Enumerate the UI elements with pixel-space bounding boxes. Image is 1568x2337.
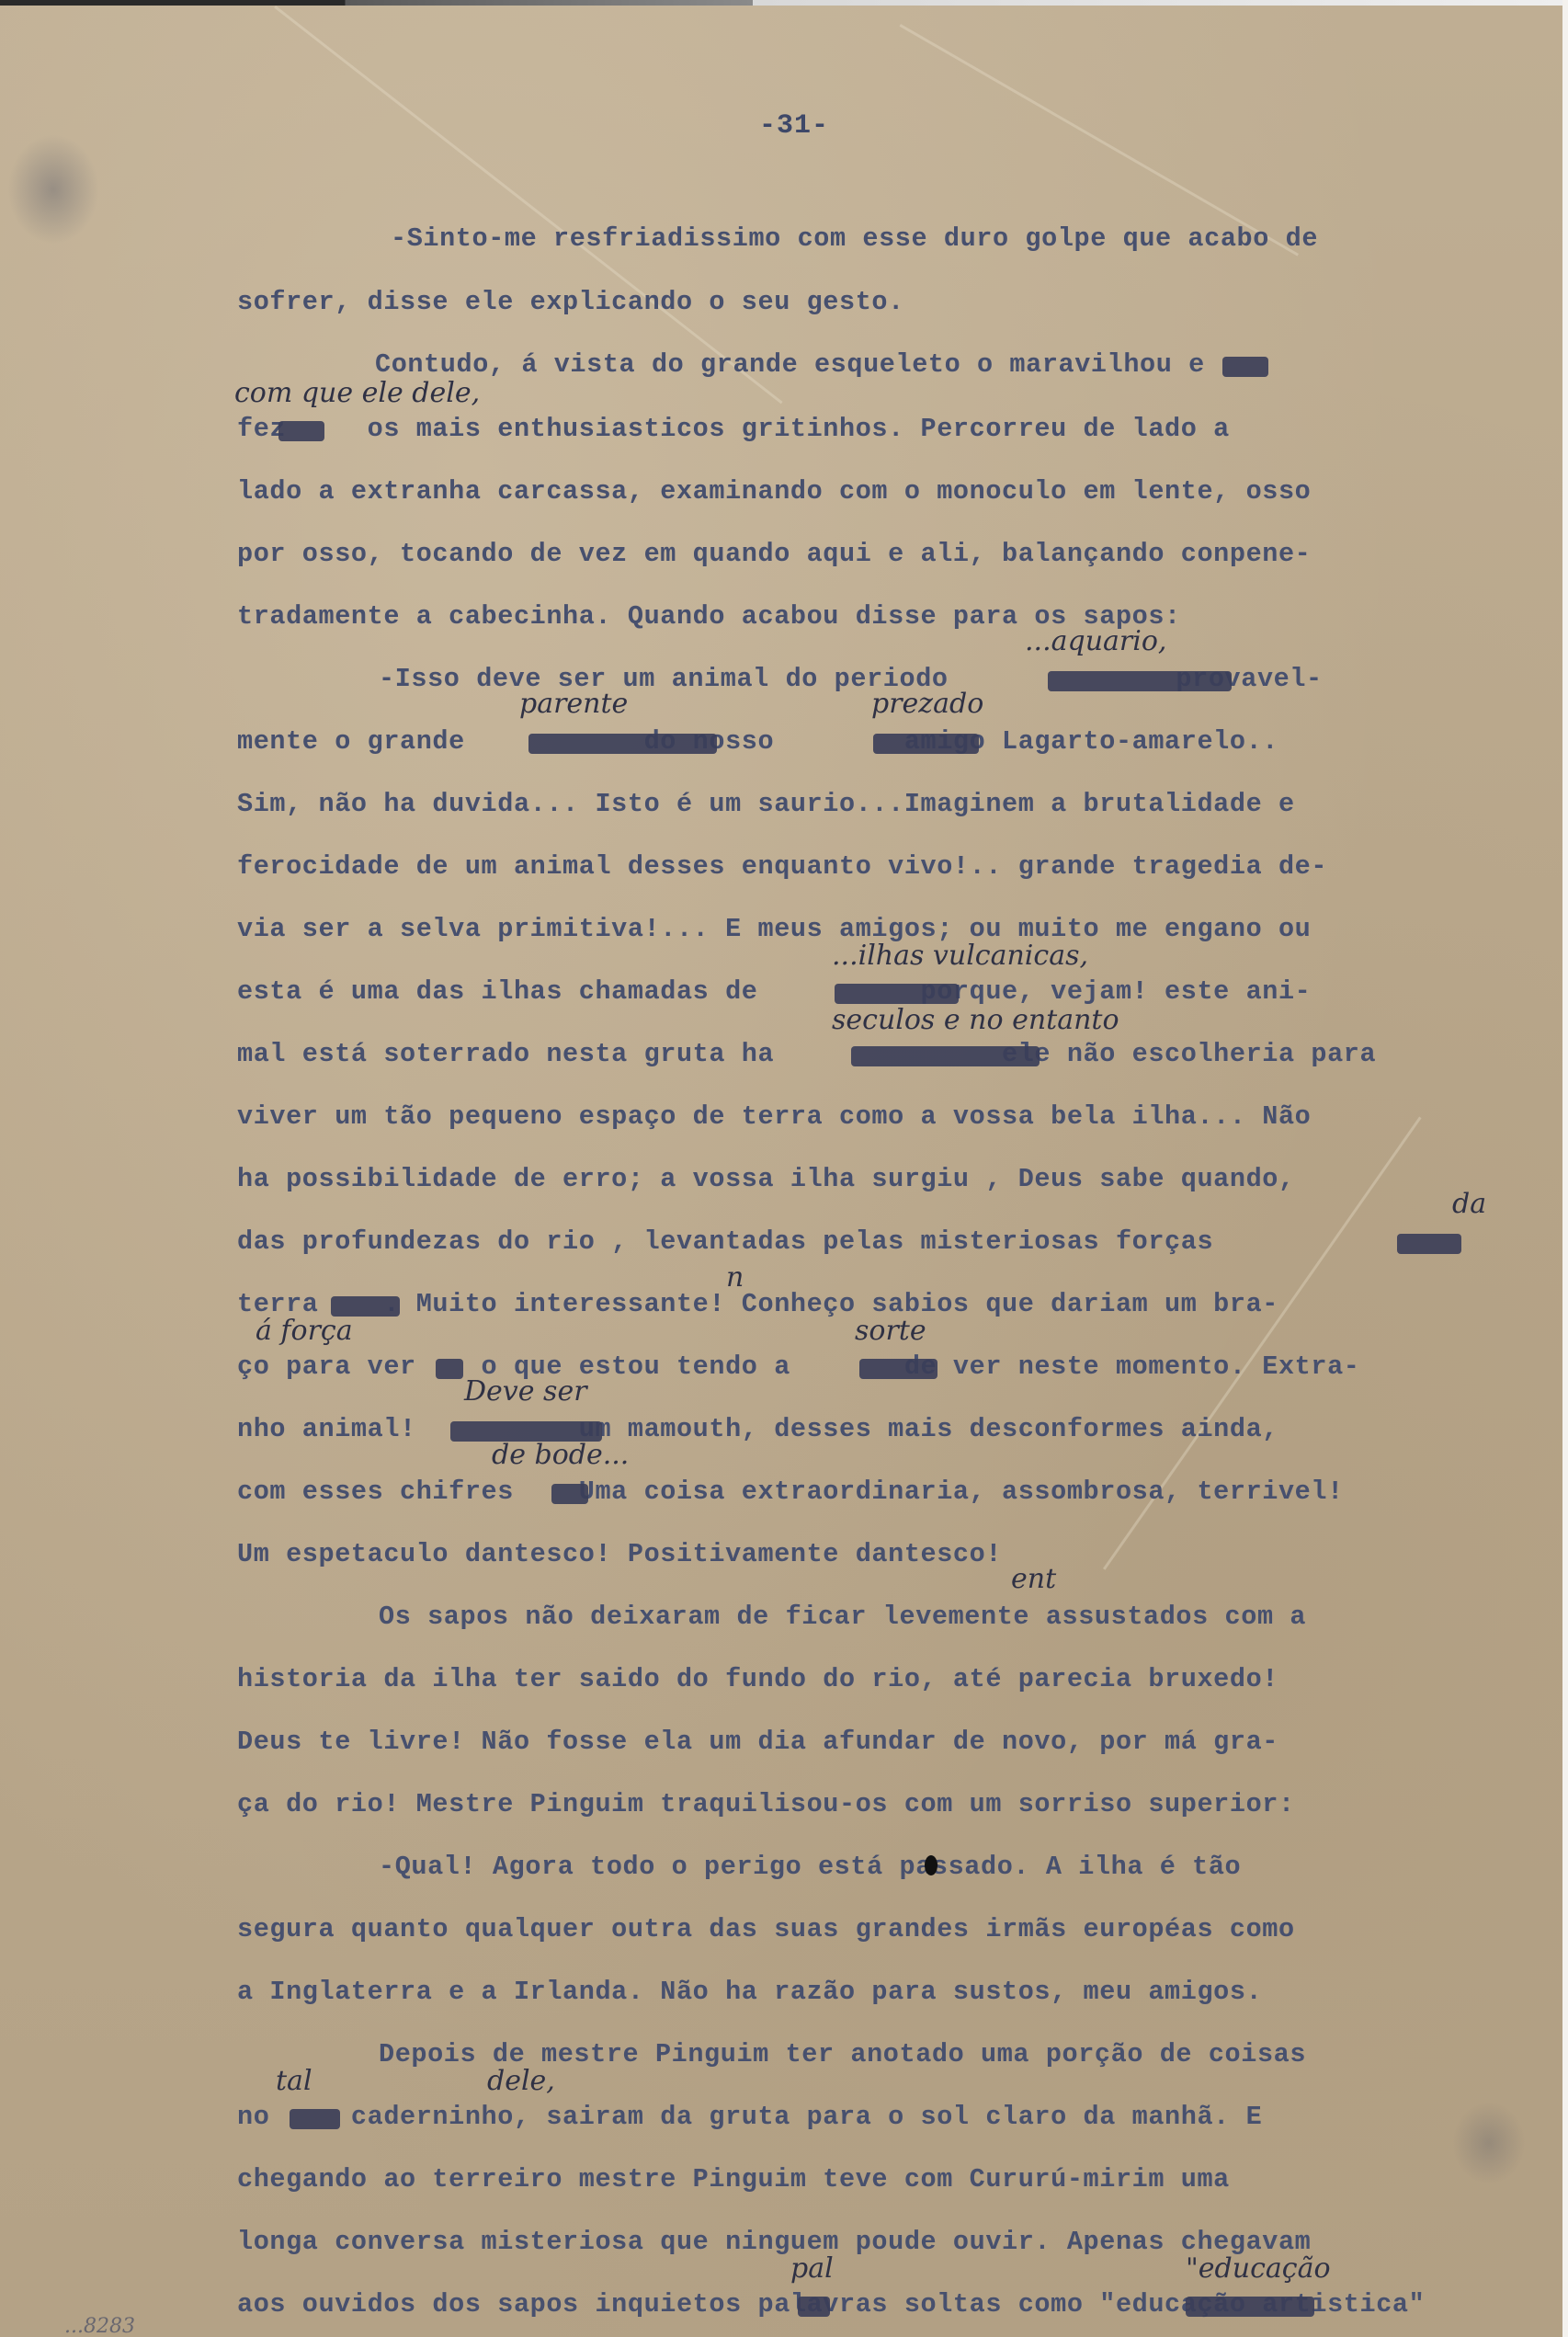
handwritten-correction: "educação [1186, 2252, 1331, 2285]
typed-line: mente o grande do nosso amigo Lagarto-am… [237, 726, 1278, 757]
handwritten-correction: ent [1011, 1563, 1056, 1595]
typed-line: fez os mais enthusiasticos gritinhos. Pe… [237, 414, 1230, 444]
paper-crease [900, 24, 1300, 256]
typed-line: no caderninho, sairam da gruta para o so… [237, 2102, 1262, 2132]
typed-line: Um espetaculo dantesco! Positivamente da… [237, 1539, 1002, 1569]
strikeout-mark [1186, 2297, 1314, 2317]
typed-line: sofrer, disse ele explicando o seu gesto… [237, 287, 904, 317]
typed-line: -Qual! Agora todo o perigo está passado.… [379, 1852, 1241, 1882]
typed-line: Contudo, á vista do grande esqueleto o m… [375, 349, 1205, 380]
handwritten-correction: da [1452, 1188, 1486, 1220]
handwritten-correction: ...aquario, [1025, 625, 1166, 657]
handwritten-correction: prezado [871, 688, 983, 720]
handwritten-correction: dele, [487, 2065, 555, 2097]
strikeout-mark [851, 1046, 1040, 1066]
handwritten-correction: á força [256, 1315, 353, 1347]
strikeout-mark [1397, 1234, 1461, 1254]
typed-line: -Sinto-me resfriadissimo com esse duro g… [391, 223, 1318, 254]
handwritten-correction: sorte [855, 1315, 926, 1347]
strikeout-mark [290, 2109, 340, 2129]
strikeout-mark [436, 1359, 463, 1379]
strikeout-mark [1222, 357, 1268, 377]
typed-line: Sim, não ha duvida... Isto é um saurio..… [237, 789, 1295, 819]
strikeout-mark [835, 984, 959, 1004]
handwritten-correction: parente [519, 688, 628, 720]
handwritten-correction: seculos e no entanto [832, 1004, 1119, 1036]
ink-smudge [1452, 2102, 1526, 2184]
typed-line: esta é uma das ilhas chamadas de porque,… [237, 976, 1311, 1007]
typed-line: ça do rio! Mestre Pinguim traquilisou-os… [237, 1789, 1295, 1819]
typed-line: segura quanto qualquer outra das suas gr… [237, 1914, 1295, 1944]
typed-line: lado a extranha carcassa, examinando com… [237, 476, 1311, 507]
strikeout-mark [528, 734, 717, 754]
paper-crease [274, 6, 782, 404]
ink-blot [925, 1855, 937, 1875]
handwritten-correction: de bode... [492, 1439, 629, 1471]
handwritten-correction: ...ilhas vulcanicas, [832, 940, 1088, 972]
typed-line: historia da ilha ter saido do fundo do r… [237, 1664, 1278, 1694]
page-number: -31- [759, 110, 829, 142]
typed-line: nho animal! um mamouth, desses mais desc… [237, 1414, 1278, 1444]
typed-line: viver um tão pequeno espaço de terra com… [237, 1101, 1311, 1132]
strikeout-mark [873, 734, 979, 754]
typed-line: Deus te livre! Não fosse ela um dia afun… [237, 1727, 1278, 1757]
typed-line: das profundezas do rio , levantadas pela… [237, 1226, 1213, 1257]
strikeout-mark [278, 421, 324, 441]
typed-line: ço para ver o que estou tendo a de ver n… [237, 1351, 1360, 1382]
strikeout-mark [551, 1484, 588, 1504]
ink-smudge [7, 134, 99, 245]
handwritten-correction: n [726, 1261, 744, 1294]
strikeout-mark [331, 1296, 400, 1317]
typed-line: longa conversa misteriosa que ninguem po… [237, 2227, 1311, 2257]
handwritten-correction: tal [276, 2065, 312, 2097]
typed-line: com esses chifres Uma coisa extraordinar… [237, 1476, 1344, 1507]
strikeout-mark [798, 2297, 830, 2317]
typed-line: Os sapos não deixaram de ficar levemente… [379, 1602, 1306, 1632]
handwritten-correction: com que ele dele, [234, 377, 480, 409]
typed-line: via ser a selva primitiva!... E meus ami… [237, 914, 1311, 944]
strikeout-mark [859, 1359, 937, 1379]
handwritten-correction: Deve ser [464, 1375, 587, 1408]
typed-line: ha possibilidade de erro; a vossa ilha s… [237, 1164, 1295, 1194]
scan-right-border [1562, 0, 1568, 2337]
handwritten-correction: pal [790, 2252, 834, 2285]
typed-line: chegando ao terreiro mestre Pinguim teve… [237, 2164, 1230, 2194]
typed-line: a Inglaterra e a Irlanda. Não ha razão p… [237, 1977, 1262, 2007]
typed-line: mal está soterrado nesta gruta ha ele nã… [237, 1039, 1376, 1069]
archive-reference-note: ...8283 [64, 2315, 135, 2337]
typed-line: ferocidade de um animal desses enquanto … [237, 851, 1327, 882]
strikeout-mark [1048, 671, 1232, 691]
typed-line: por osso, tocando de vez em quando aqui … [237, 539, 1311, 569]
